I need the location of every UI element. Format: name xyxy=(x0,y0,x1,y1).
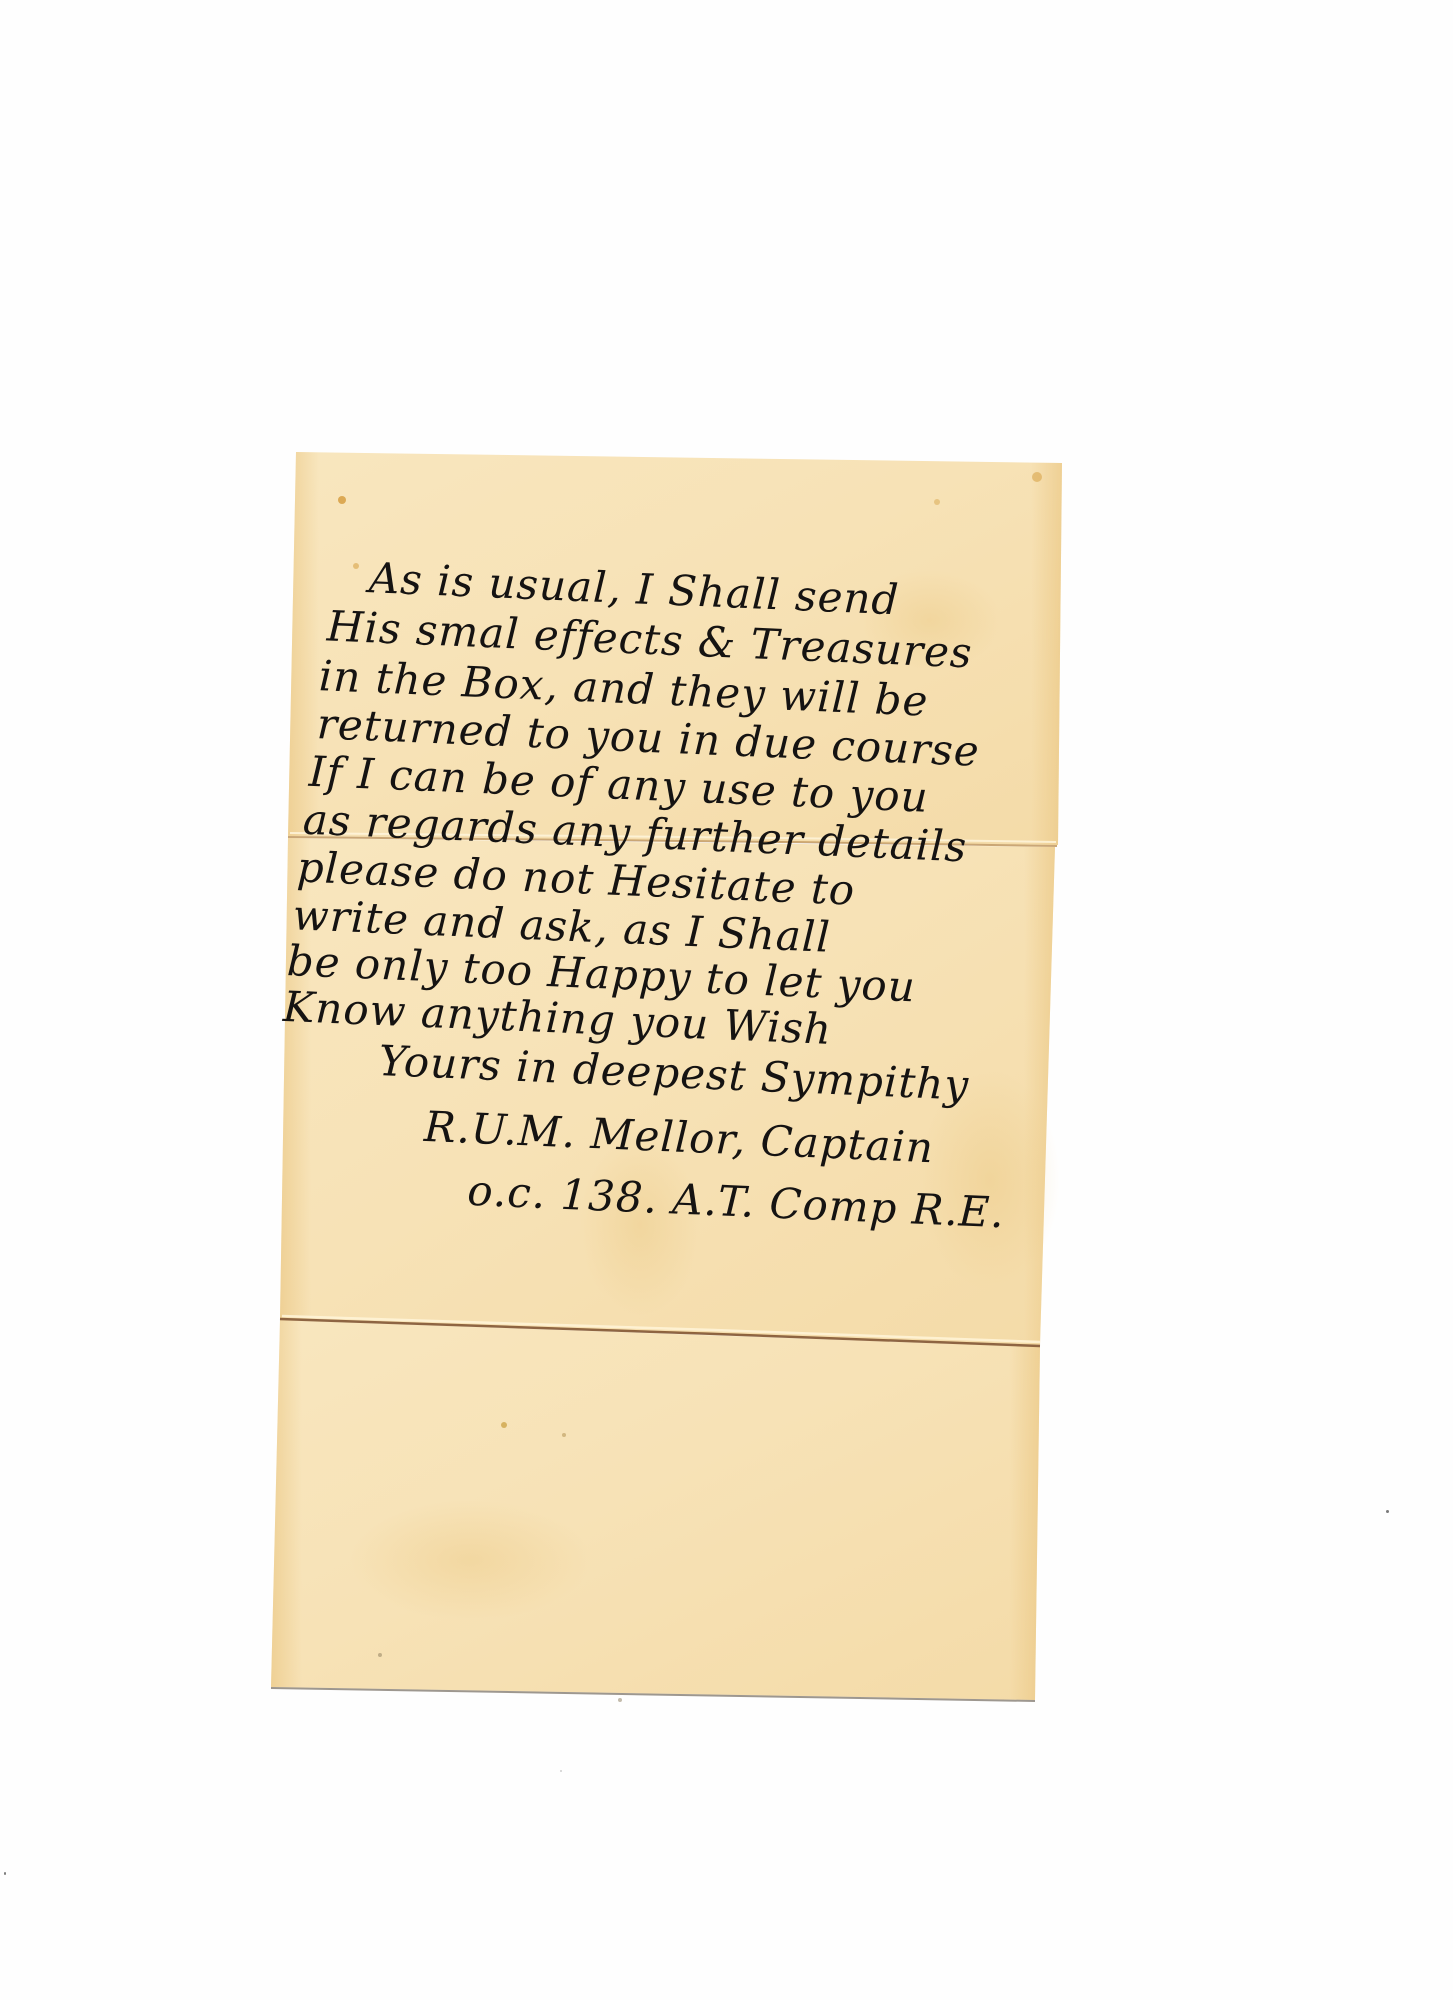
dust-speck xyxy=(4,1872,6,1875)
dust-speck xyxy=(560,1770,562,1772)
dust-speck xyxy=(1386,1510,1389,1513)
scanned-page: As is usual, I Shall send His smal effec… xyxy=(0,0,1453,2000)
